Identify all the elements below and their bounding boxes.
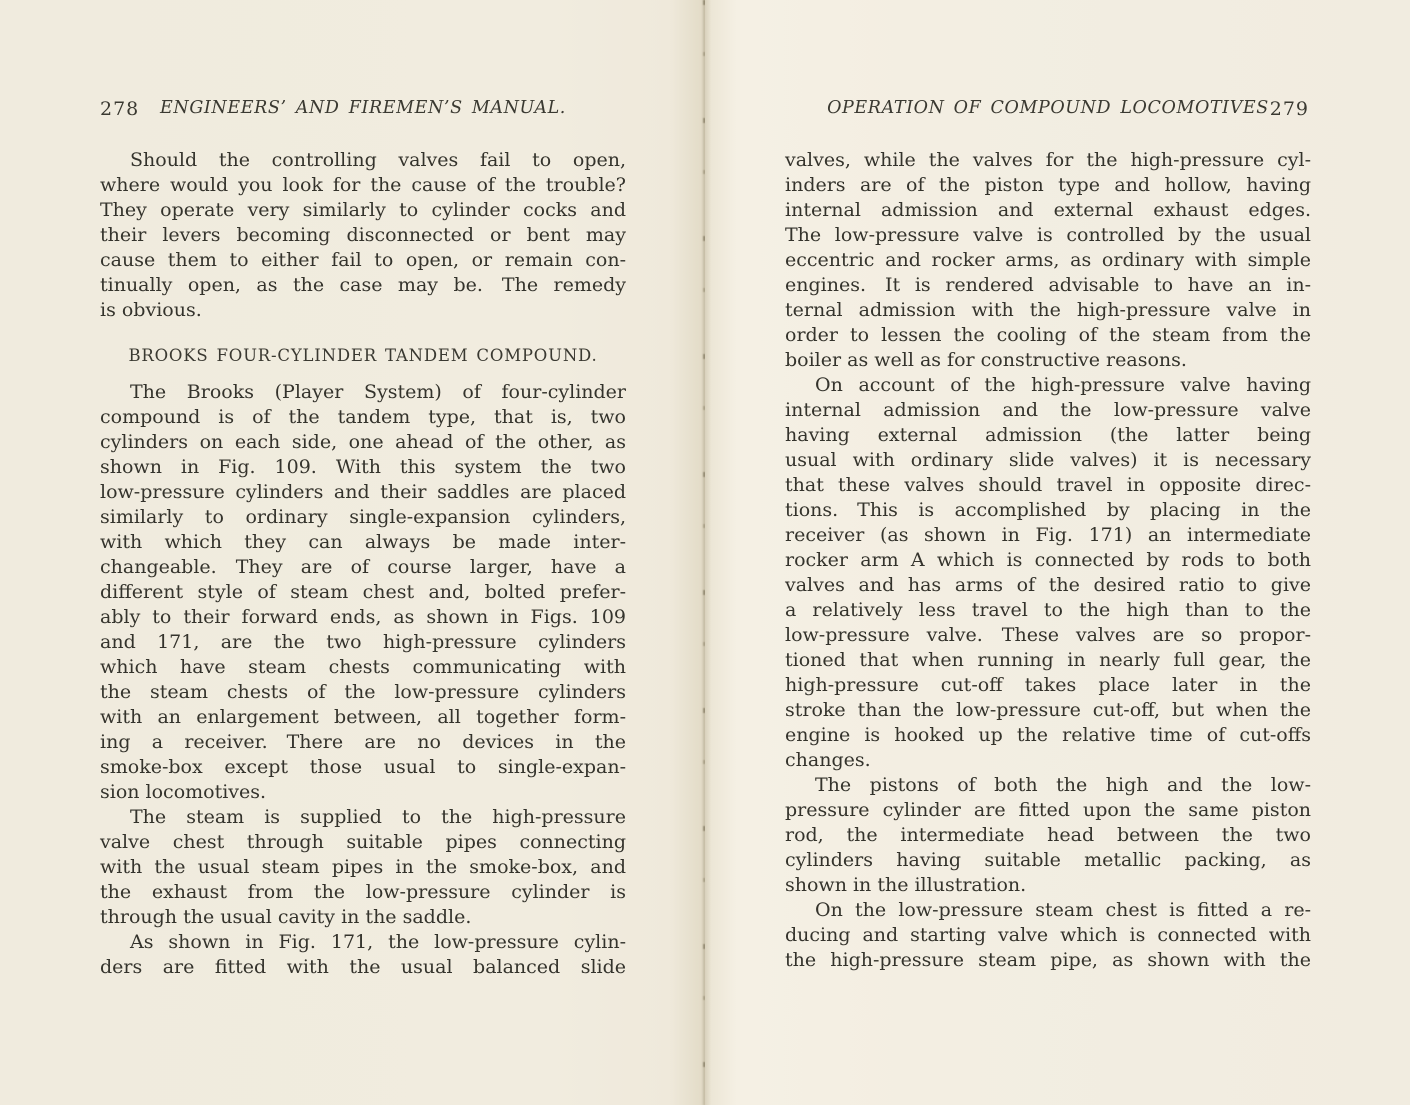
left-body-text: Should the controlling valves fail to op… (100, 148, 626, 980)
text-line: tioned that when running in nearly full … (785, 648, 1311, 673)
left-page-number: 278 (100, 98, 139, 120)
text-line: different style of steam chest and, bolt… (100, 580, 626, 605)
text-line: receiver (as shown in Fig. 171) an inter… (785, 523, 1311, 548)
text-line: is obvious. (100, 298, 626, 323)
text-line: valves and has arms of the desired ratio… (785, 573, 1311, 598)
text-line: a relatively less travel to the high tha… (785, 598, 1311, 623)
text-line: and 171, are the two high-pressure cylin… (100, 630, 626, 655)
text-line: shown in the illustration. (785, 873, 1311, 898)
text-line: stroke than the low-pressure cut-off, bu… (785, 698, 1311, 723)
text-line: compound is of the tandem type, that is,… (100, 405, 626, 430)
text-line: sion locomotives. (100, 780, 626, 805)
text-line: with which they can always be made inter… (100, 530, 626, 555)
text-line: eccentric and rocker arms, as ordinary w… (785, 248, 1311, 273)
paragraph: valves, while the valves for the high-pr… (785, 148, 1311, 373)
text-line: As shown in Fig. 171, the low-pressure c… (100, 930, 626, 955)
right-running-head: OPERATION OF COMPOUND LOCOMOTIVES (827, 98, 1269, 118)
section-heading: BROOKS FOUR-CYLINDER TANDEM COMPOUND. (100, 343, 626, 368)
text-line: Should the controlling valves fail to op… (100, 148, 626, 173)
left-page: 278 ENGINEERS’ AND FIREMEN’S MANUAL. Sho… (0, 0, 705, 1105)
text-line: changes. (785, 748, 1311, 773)
text-line: tinually open, as the case may be. The r… (100, 273, 626, 298)
text-line: cylinders on each side, one ahead of the… (100, 430, 626, 455)
text-line: through the usual cavity in the saddle. (100, 905, 626, 930)
paragraph: The Brooks (Player System) of four-cylin… (100, 380, 626, 805)
text-line: smoke-box except those usual to single-e… (100, 755, 626, 780)
text-line: changeable. They are of course larger, h… (100, 555, 626, 580)
text-line: ternal admission with the high-pressure … (785, 298, 1311, 323)
text-line: where would you look for the cause of th… (100, 173, 626, 198)
book-spread: 278 ENGINEERS’ AND FIREMEN’S MANUAL. Sho… (0, 0, 1410, 1105)
text-line: ders are fitted with the usual balanced … (100, 955, 626, 980)
text-line: engine is hooked up the relative time of… (785, 723, 1311, 748)
right-page-number: 279 (1270, 98, 1309, 120)
text-line: the exhaust from the low-pressure cylind… (100, 880, 626, 905)
text-line: order to lessen the cooling of the steam… (785, 323, 1311, 348)
text-line: rod, the intermediate head between the t… (785, 823, 1311, 848)
text-line: the high-pressure steam pipe, as shown w… (785, 948, 1311, 973)
text-line: that these valves should travel in oppos… (785, 473, 1311, 498)
left-text-block: 278 ENGINEERS’ AND FIREMEN’S MANUAL. Sho… (100, 98, 626, 980)
text-line: low-pressure cylinders and their saddles… (100, 480, 626, 505)
text-line: low-pressure valve. These valves are so … (785, 623, 1311, 648)
text-line: similarly to ordinary single-expansion c… (100, 505, 626, 530)
left-page-header: 278 ENGINEERS’ AND FIREMEN’S MANUAL. (100, 98, 626, 124)
text-line: ably to their forward ends, as shown in … (100, 605, 626, 630)
text-line: cause them to either fail to open, or re… (100, 248, 626, 273)
text-line: tions. This is accomplished by placing i… (785, 498, 1311, 523)
text-line: The Brooks (Player System) of four-cylin… (100, 380, 626, 405)
text-line: They operate very similarly to cylinder … (100, 198, 626, 223)
text-line: inders are of the piston type and hollow… (785, 173, 1311, 198)
right-page: OPERATION OF COMPOUND LOCOMOTIVES 279 va… (705, 0, 1410, 1105)
text-line: The pistons of both the high and the low… (785, 773, 1311, 798)
paragraph: On the low-pressure steam chest is fitte… (785, 898, 1311, 973)
paragraph: As shown in Fig. 171, the low-pressure c… (100, 930, 626, 980)
paragraph: Should the controlling valves fail to op… (100, 148, 626, 323)
right-body-text: valves, while the valves for the high-pr… (785, 148, 1311, 973)
text-line: The low-pressure valve is controlled by … (785, 223, 1311, 248)
text-line: valves, while the valves for the high-pr… (785, 148, 1311, 173)
text-line: internal admission and external exhaust … (785, 198, 1311, 223)
text-line: the steam chests of the low-pressure cyl… (100, 680, 626, 705)
text-line: internal admission and the low-pressure … (785, 398, 1311, 423)
text-line: boiler as well as for constructive reaso… (785, 348, 1311, 373)
text-line: On account of the high-pressure valve ha… (785, 373, 1311, 398)
left-running-head: ENGINEERS’ AND FIREMEN’S MANUAL. (160, 98, 566, 118)
text-line: On the low-pressure steam chest is fitte… (785, 898, 1311, 923)
text-line: valve chest through suitable pipes conne… (100, 830, 626, 855)
text-line: their levers becoming disconnected or be… (100, 223, 626, 248)
text-line: high-pressure cut-off takes place later … (785, 673, 1311, 698)
text-line: ing a receiver. There are no devices in … (100, 730, 626, 755)
text-line: engines. It is rendered advisable to hav… (785, 273, 1311, 298)
text-line: with an enlargement between, all togethe… (100, 705, 626, 730)
text-line: shown in Fig. 109. With this system the … (100, 455, 626, 480)
text-line: ducing and starting valve which is conne… (785, 923, 1311, 948)
text-line: cylinders having suitable metallic packi… (785, 848, 1311, 873)
right-page-header: OPERATION OF COMPOUND LOCOMOTIVES 279 (785, 98, 1311, 124)
text-line: pressure cylinder are fitted upon the sa… (785, 798, 1311, 823)
paragraph: The steam is supplied to the high-pressu… (100, 805, 626, 930)
text-line: The steam is supplied to the high-pressu… (100, 805, 626, 830)
text-line: with the usual steam pipes in the smoke-… (100, 855, 626, 880)
text-line: rocker arm A which is connected by rods … (785, 548, 1311, 573)
text-line: which have steam chests communicating wi… (100, 655, 626, 680)
paragraph: The pistons of both the high and the low… (785, 773, 1311, 898)
right-text-block: OPERATION OF COMPOUND LOCOMOTIVES 279 va… (785, 98, 1311, 973)
text-line: usual with ordinary slide valves) it is … (785, 448, 1311, 473)
paragraph: On account of the high-pressure valve ha… (785, 373, 1311, 773)
text-line: having external admission (the latter be… (785, 423, 1311, 448)
